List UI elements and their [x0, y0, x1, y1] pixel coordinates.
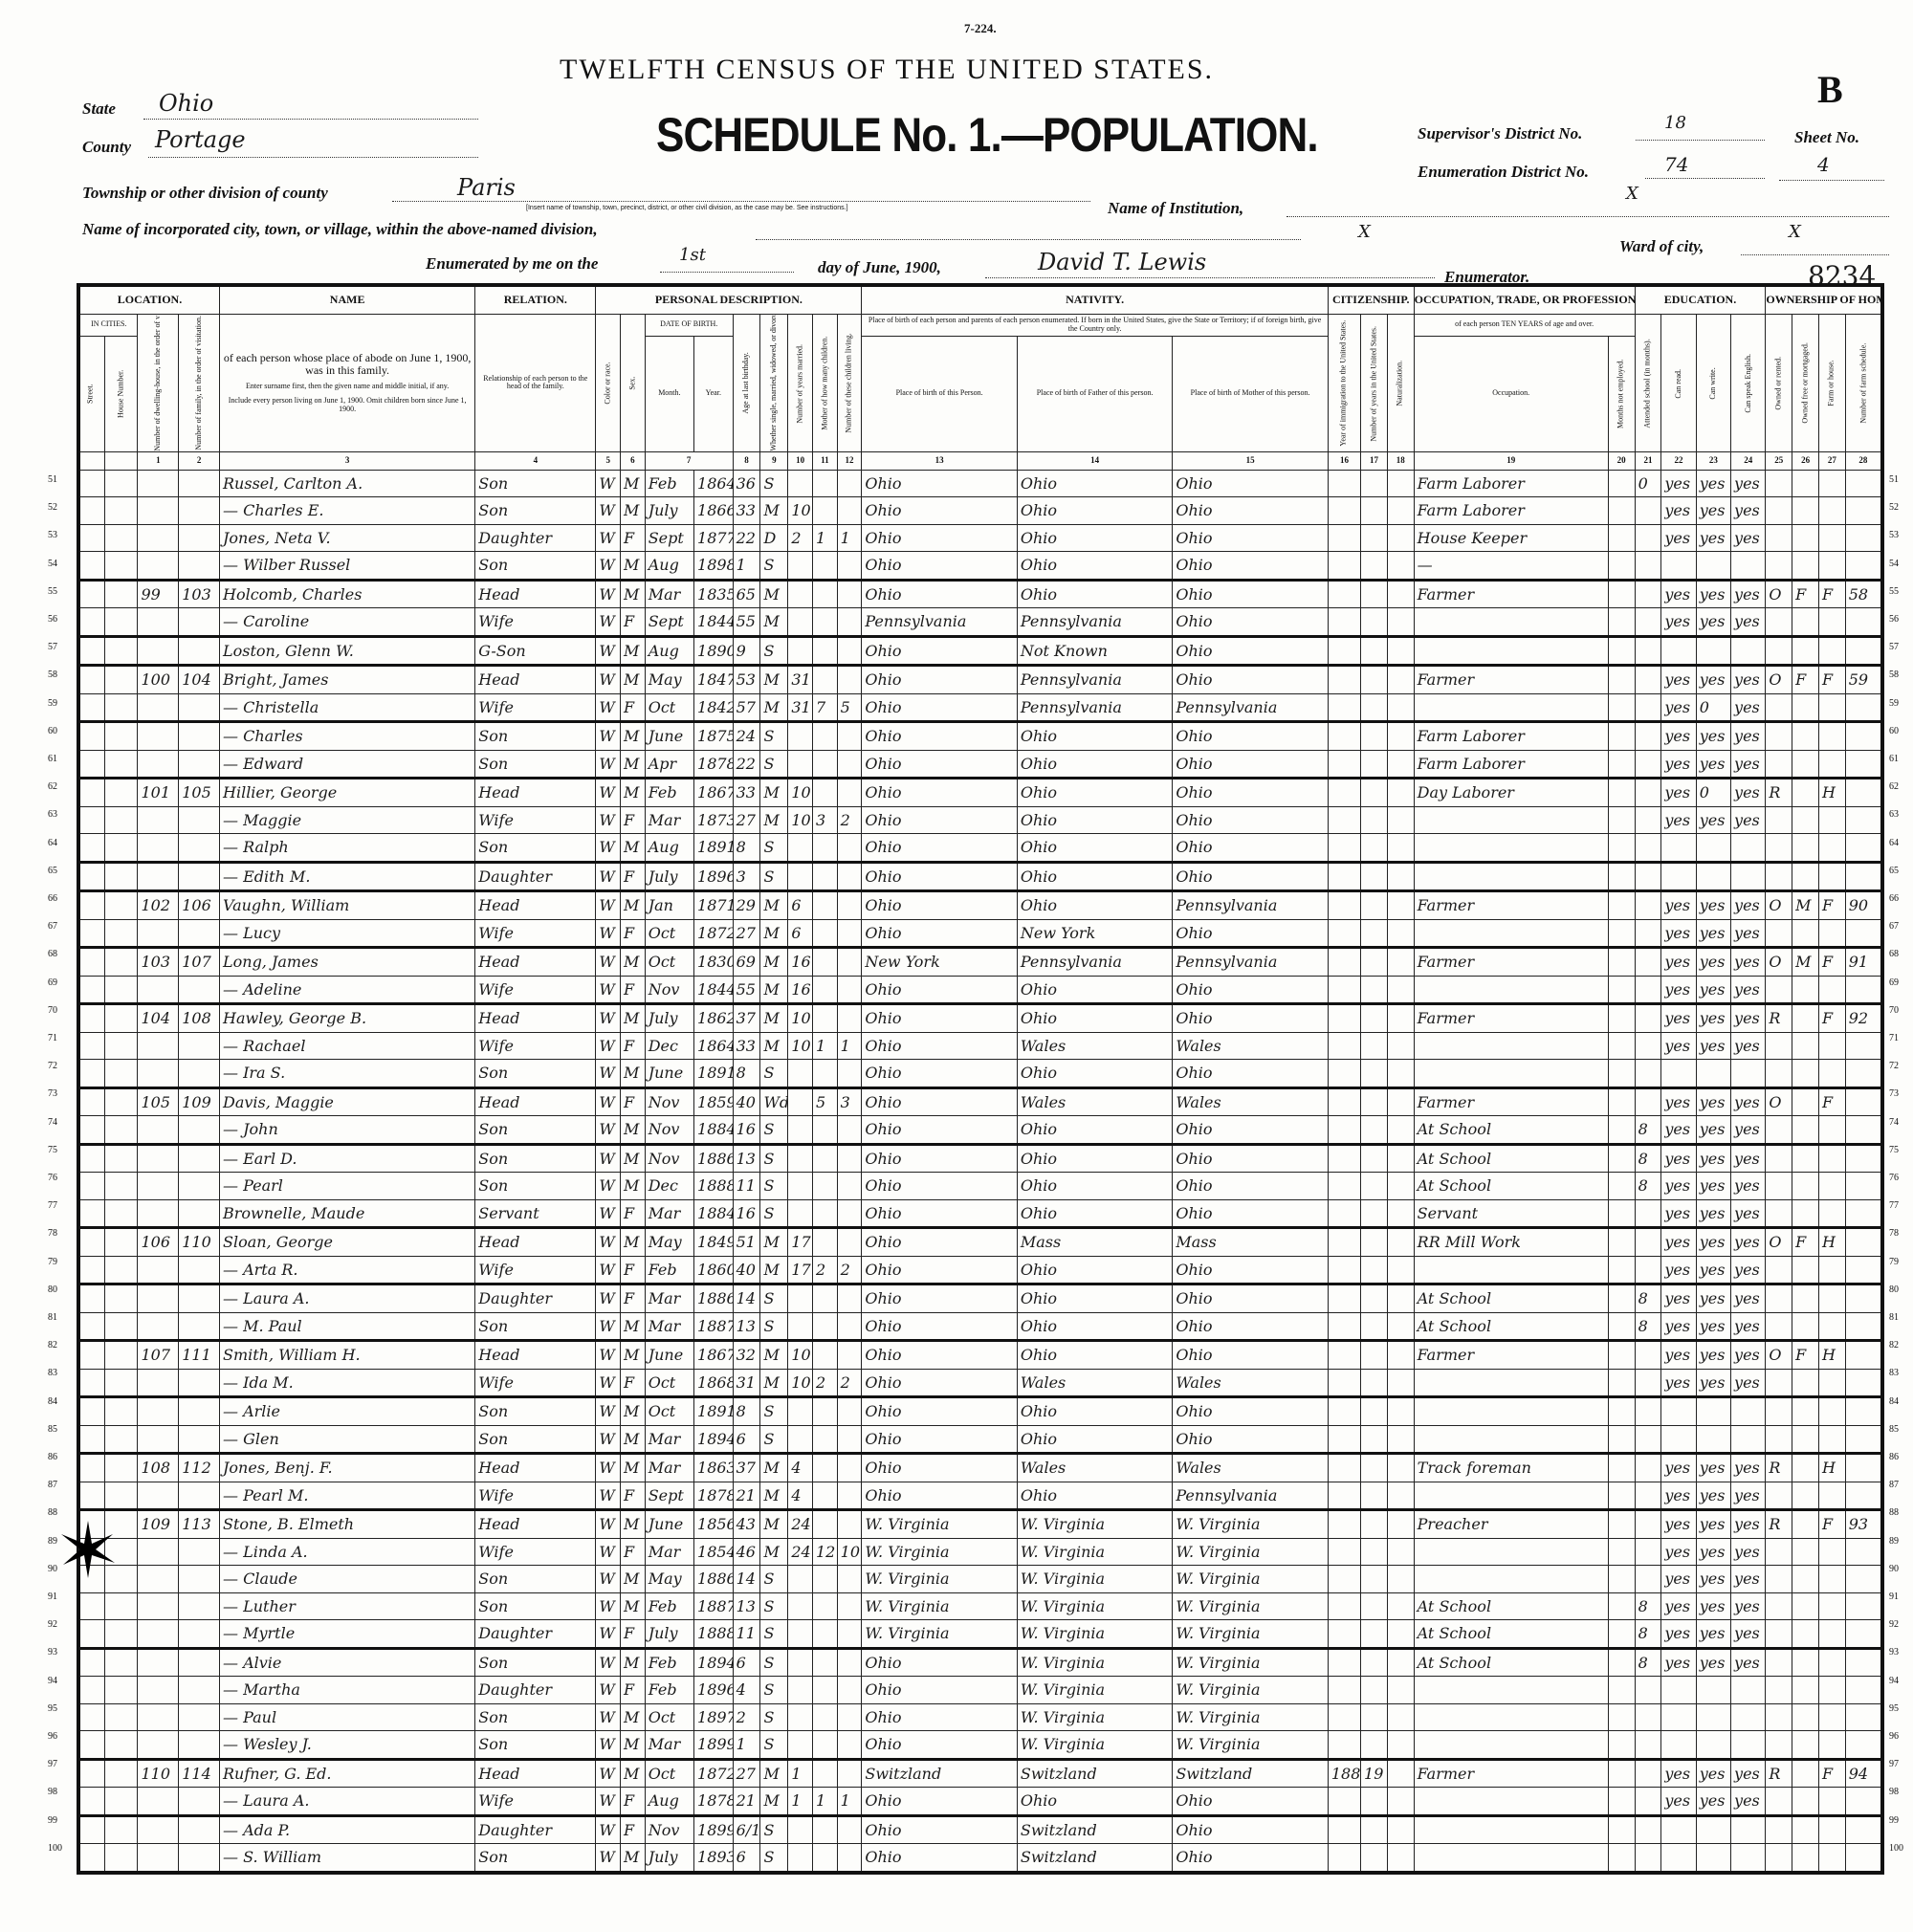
cell-own [1766, 1538, 1792, 1566]
cell-age: 6 [733, 1425, 760, 1454]
cell-month: Mar [645, 1284, 693, 1313]
cell-yi [1328, 1703, 1360, 1731]
cell-rd: yes [1661, 1648, 1696, 1677]
cell-sch: 8 [1635, 1312, 1661, 1341]
line-number: 55 [48, 586, 57, 597]
cell-mu [1608, 1592, 1635, 1620]
cell-rel: Wife [475, 806, 596, 834]
cell-fs [1845, 1731, 1882, 1760]
cell-fh: H [1818, 1228, 1845, 1257]
col-free-mortgaged: Owned free or mortgaged. [1792, 315, 1819, 452]
cell-year: 1867 [694, 779, 734, 807]
column-number: 11 [813, 451, 838, 470]
cell-own [1766, 693, 1792, 722]
cell-ym: 10 [788, 806, 813, 834]
cell-rd: yes [1661, 779, 1696, 807]
column-number-row: 1234567891011121314151617181920212223242… [78, 451, 1882, 470]
cell-occ: Farmer [1414, 580, 1608, 608]
cell-nat [1387, 1341, 1414, 1370]
line-number: 85 [48, 1424, 57, 1435]
cell-occ [1414, 834, 1608, 863]
cell-dw [138, 919, 179, 948]
cell-rel: Son [475, 1703, 596, 1731]
cell-name: — Luther [220, 1592, 475, 1620]
cell-mar: M [760, 891, 788, 920]
cell-moc [813, 608, 838, 637]
cell-empty [78, 1004, 105, 1033]
cell-mar: M [760, 1788, 788, 1816]
cell-bm: Switzland [1173, 1759, 1329, 1788]
cell-empty [78, 834, 105, 863]
cell-en: yes [1731, 1510, 1766, 1539]
cell-own: O [1766, 580, 1792, 608]
cell-wr [1696, 1425, 1730, 1454]
col-occupation: OCCUPATION, TRADE, OR PROFESSION [1414, 285, 1635, 315]
cell-fm [1792, 779, 1819, 807]
cell-sch [1635, 1256, 1661, 1284]
cell-fs [1845, 1677, 1882, 1704]
cell-empty [105, 919, 138, 948]
cell-bf: Ohio [1017, 779, 1172, 807]
cell-bf: Ohio [1017, 497, 1172, 525]
cell-yus [1361, 1815, 1388, 1844]
table-row: — Charles E.SonWMJuly186633M10OhioOhioOh… [78, 497, 1882, 525]
cell-sch [1635, 524, 1661, 552]
cell-own: O [1766, 1087, 1792, 1116]
cell-rel: Servant [475, 1199, 596, 1228]
cell-color: W [596, 1312, 621, 1341]
cell-yus [1361, 862, 1388, 891]
cell-dw [138, 834, 179, 863]
cell-yi [1328, 722, 1360, 751]
ward-line [1741, 254, 1889, 255]
cell-fam [179, 1703, 220, 1731]
cell-age: 46 [733, 1538, 760, 1566]
cell-age: 27 [733, 1759, 760, 1788]
cell-own: R [1766, 1004, 1792, 1033]
cell-nat [1387, 1620, 1414, 1649]
enumeration-label: Enumeration District No. [1418, 163, 1589, 182]
line-number: 72 [1889, 1061, 1899, 1071]
cell-empty [78, 1731, 105, 1760]
line-number: 64 [48, 838, 57, 848]
cell-mu [1608, 919, 1635, 948]
cell-sex: M [621, 636, 646, 666]
table-row: — ArlieSonWMOct18918SOhioOhioOhio [78, 1397, 1882, 1426]
cell-sex: M [621, 470, 646, 497]
cell-occ: At School [1414, 1620, 1608, 1649]
cell-month: Oct [645, 1703, 693, 1731]
cell-year: 1864 [694, 470, 734, 497]
cell-rel: Son [475, 1397, 596, 1426]
cell-bm: Ohio [1173, 1199, 1329, 1228]
line-number: 82 [1889, 1340, 1899, 1350]
cell-mar: M [760, 608, 788, 637]
cell-cl [837, 497, 862, 525]
cell-occ [1414, 1677, 1608, 1704]
cell-name: — Martha [220, 1677, 475, 1704]
cell-bp: Ohio [862, 1454, 1017, 1482]
cell-empty [105, 891, 138, 920]
cell-rel: Son [475, 470, 596, 497]
cell-mar: S [760, 1173, 788, 1200]
column-number: 18 [1387, 451, 1414, 470]
cell-empty [105, 1032, 138, 1060]
cell-sch [1635, 976, 1661, 1004]
cell-moc [813, 552, 838, 581]
cell-sex: M [621, 497, 646, 525]
cell-fm [1792, 1087, 1819, 1116]
cell-mar: S [760, 1648, 788, 1677]
cell-moc [813, 1815, 838, 1844]
column-number: 1 [138, 451, 179, 470]
cell-bf: Switzland [1017, 1759, 1172, 1788]
cell-nat [1387, 750, 1414, 779]
cell-nat [1387, 1087, 1414, 1116]
cell-wr: yes [1696, 1228, 1730, 1257]
cell-en: yes [1731, 1592, 1766, 1620]
cell-ym: 24 [788, 1538, 813, 1566]
cell-wr: yes [1696, 1256, 1730, 1284]
cell-bp: Pennsylvania [862, 608, 1017, 637]
enumerated-day-line [660, 272, 794, 273]
cell-rel: Head [475, 1004, 596, 1033]
cell-fm [1792, 919, 1819, 948]
cell-occ: Farm Laborer [1414, 750, 1608, 779]
cell-own [1766, 636, 1792, 666]
cell-fam [179, 1116, 220, 1145]
cell-sch [1635, 750, 1661, 779]
cell-moc [813, 1397, 838, 1426]
cell-fm [1792, 1844, 1819, 1873]
table-row: 110114Rufner, G. Ed.HeadWMOct187227M1Swi… [78, 1759, 1882, 1788]
cell-rd [1661, 1815, 1696, 1844]
cell-mu [1608, 1228, 1635, 1257]
cell-fm [1792, 1731, 1819, 1760]
cell-name: — Pearl [220, 1173, 475, 1200]
cell-empty [78, 1116, 105, 1145]
cell-yi [1328, 1592, 1360, 1620]
cell-month: Jan [645, 891, 693, 920]
cell-mu [1608, 1116, 1635, 1145]
cell-empty [105, 862, 138, 891]
cell-sch [1635, 693, 1661, 722]
cell-nat [1387, 1592, 1414, 1620]
cell-year: 1899 [694, 1731, 734, 1760]
cell-yi [1328, 948, 1360, 977]
line-number: 78 [1889, 1228, 1899, 1239]
cell-empty [105, 1369, 138, 1397]
cell-ym: 4 [788, 1482, 813, 1510]
cell-rd: yes [1661, 1173, 1696, 1200]
cell-mar: M [760, 1228, 788, 1257]
cell-sex: M [621, 1312, 646, 1341]
cell-en: yes [1731, 948, 1766, 977]
cell-dw [138, 1060, 179, 1088]
column-number: 10 [788, 451, 813, 470]
cell-yus [1361, 497, 1388, 525]
cell-empty [105, 1592, 138, 1620]
cell-yi [1328, 779, 1360, 807]
cell-sex: F [621, 1788, 646, 1816]
cell-empty [105, 1815, 138, 1844]
line-number: 81 [48, 1312, 57, 1323]
cell-yus [1361, 1454, 1388, 1482]
line-number: 58 [1889, 670, 1899, 680]
cell-bm: Pennsylvania [1173, 948, 1329, 977]
cell-fs [1845, 1341, 1882, 1370]
ward-value: X [1789, 222, 1801, 242]
cell-rel: Head [475, 1087, 596, 1116]
cell-mar: M [760, 1454, 788, 1482]
cell-fm [1792, 1256, 1819, 1284]
cell-empty [78, 1620, 105, 1649]
cell-bp: Ohio [862, 1731, 1017, 1760]
cell-cl [837, 552, 862, 581]
cell-nat [1387, 693, 1414, 722]
cell-en: yes [1731, 1788, 1766, 1816]
cell-fm: F [1792, 1341, 1819, 1370]
cell-bp: Ohio [862, 693, 1017, 722]
cell-bf: Wales [1017, 1369, 1172, 1397]
cell-fs [1845, 1173, 1882, 1200]
cell-month: Sept [645, 1482, 693, 1510]
cell-fh [1818, 552, 1845, 581]
cell-mar: M [760, 693, 788, 722]
cell-fs [1845, 1482, 1882, 1510]
cell-fs: 90 [1845, 891, 1882, 920]
cell-name: — Ira S. [220, 1060, 475, 1088]
cell-rd: yes [1661, 1482, 1696, 1510]
cell-cl [837, 1116, 862, 1145]
cell-sex: F [621, 1256, 646, 1284]
cell-mu [1608, 1788, 1635, 1816]
cell-yi [1328, 1731, 1360, 1760]
line-number: 53 [1889, 530, 1899, 540]
cell-own [1766, 1256, 1792, 1284]
cell-rd [1661, 1397, 1696, 1426]
cell-bm: Wales [1173, 1087, 1329, 1116]
cell-mar: M [760, 1482, 788, 1510]
cell-mu [1608, 1482, 1635, 1510]
line-number: 71 [48, 1033, 57, 1043]
cell-bp: New York [862, 948, 1017, 977]
cell-mar: M [760, 948, 788, 977]
cell-rel: Son [475, 1173, 596, 1200]
cell-fh [1818, 1397, 1845, 1426]
cell-rd: yes [1661, 1116, 1696, 1145]
table-row: — Wilber RusselSonWMAug18981SOhioOhioOhi… [78, 552, 1882, 581]
sheet-label: Sheet No. [1794, 128, 1859, 147]
cell-empty [78, 552, 105, 581]
cell-name: — Pearl M. [220, 1482, 475, 1510]
cell-age: 69 [733, 948, 760, 977]
table-row: 101105Hillier, GeorgeHeadWMFeb186733M10O… [78, 779, 1882, 807]
line-number: 92 [48, 1619, 57, 1630]
cell-occ [1414, 636, 1608, 666]
cell-mar: S [760, 1116, 788, 1145]
cell-ym [788, 1566, 813, 1593]
cell-ym [788, 1397, 813, 1426]
cell-name: — Maggie [220, 806, 475, 834]
cell-empty [105, 1228, 138, 1257]
line-number: 81 [1889, 1312, 1899, 1323]
cell-rel: Wife [475, 1369, 596, 1397]
table-row: 106110Sloan, GeorgeHeadWMMay184951M17Ohi… [78, 1228, 1882, 1257]
cell-rel: Son [475, 1648, 596, 1677]
cell-occ [1414, 1397, 1608, 1426]
cell-mu [1608, 891, 1635, 920]
cell-own: O [1766, 666, 1792, 694]
cell-empty [78, 1256, 105, 1284]
line-number: 70 [48, 1005, 57, 1016]
cell-moc: 1 [813, 524, 838, 552]
cell-en: yes [1731, 497, 1766, 525]
cell-cl: 5 [837, 693, 862, 722]
cell-color: W [596, 1032, 621, 1060]
cell-moc [813, 1620, 838, 1649]
cell-sex: F [621, 1482, 646, 1510]
cell-own [1766, 1620, 1792, 1649]
cell-year: 1847 [694, 666, 734, 694]
cell-moc [813, 948, 838, 977]
cell-empty [78, 976, 105, 1004]
cell-age: 11 [733, 1173, 760, 1200]
cell-cl [837, 470, 862, 497]
cell-ym: 4 [788, 1454, 813, 1482]
cell-en: yes [1731, 891, 1766, 920]
cell-mar: M [760, 1538, 788, 1566]
cell-month: Feb [645, 470, 693, 497]
table-row: — Laura A.WifeWFAug187821M111OhioOhioOhi… [78, 1788, 1882, 1816]
cell-age: 36 [733, 470, 760, 497]
cell-yi [1328, 1620, 1360, 1649]
line-number: 74 [1889, 1117, 1899, 1128]
cell-bp: Ohio [862, 1144, 1017, 1173]
line-number: 94 [1889, 1676, 1899, 1686]
line-number: 86 [48, 1452, 57, 1462]
cell-color: W [596, 722, 621, 751]
cell-nat [1387, 1397, 1414, 1426]
cell-rel: Wife [475, 919, 596, 948]
cell-nat [1387, 552, 1414, 581]
cell-empty [105, 834, 138, 863]
cell-color: W [596, 580, 621, 608]
column-number: 5 [596, 451, 621, 470]
cell-fs [1845, 1788, 1882, 1816]
cell-bm: Ohio [1173, 1815, 1329, 1844]
col-months-unemployed: Months not employed. [1608, 336, 1635, 451]
cell-color: W [596, 470, 621, 497]
cell-mar: M [760, 666, 788, 694]
cell-name: Holcomb, Charles [220, 580, 475, 608]
cell-dw [138, 1703, 179, 1731]
cell-fh: F [1818, 948, 1845, 977]
cell-bp: Ohio [862, 1173, 1017, 1200]
cell-en: yes [1731, 1228, 1766, 1257]
table-row: — S. WilliamSonWMJuly18936SOhioSwitzland… [78, 1844, 1882, 1873]
cell-dw [138, 1844, 179, 1873]
cell-own [1766, 1677, 1792, 1704]
cell-bm: Ohio [1173, 862, 1329, 891]
cell-own [1766, 806, 1792, 834]
supervisor-value: 18 [1664, 113, 1686, 133]
cell-yus: 19 [1361, 1759, 1388, 1788]
cell-sch [1635, 1425, 1661, 1454]
line-number: 89 [48, 1536, 57, 1547]
cell-nat [1387, 1815, 1414, 1844]
cell-name: Russel, Carlton A. [220, 470, 475, 497]
cell-fh: H [1818, 1454, 1845, 1482]
cell-month: Nov [645, 1815, 693, 1844]
cell-month: Mar [645, 806, 693, 834]
cell-dw [138, 524, 179, 552]
cell-mar: S [760, 1425, 788, 1454]
cell-fs [1845, 806, 1882, 834]
cell-yi [1328, 976, 1360, 1004]
cell-fs [1845, 919, 1882, 948]
cell-fh [1818, 919, 1845, 948]
cell-sex: M [621, 580, 646, 608]
cell-color: W [596, 1482, 621, 1510]
cell-sex: F [621, 608, 646, 637]
cell-nat [1387, 1284, 1414, 1313]
line-number: 89 [1889, 1536, 1899, 1547]
line-number: 84 [48, 1396, 57, 1407]
cell-fm [1792, 976, 1819, 1004]
cell-cl [837, 1815, 862, 1844]
cell-fm [1792, 1788, 1819, 1816]
cell-bm: Ohio [1173, 1788, 1329, 1816]
cell-moc: 5 [813, 1087, 838, 1116]
cell-en: yes [1731, 1087, 1766, 1116]
cell-dw [138, 1677, 179, 1704]
cell-rd [1661, 1060, 1696, 1088]
cell-moc [813, 470, 838, 497]
line-number: 83 [48, 1368, 57, 1378]
cell-wr: yes [1696, 976, 1730, 1004]
cell-name: Brownelle, Maude [220, 1199, 475, 1228]
cell-bp: Ohio [862, 1648, 1017, 1677]
cell-en: yes [1731, 919, 1766, 948]
cell-fm [1792, 750, 1819, 779]
cell-rel: Wife [475, 1538, 596, 1566]
cell-fam [179, 1482, 220, 1510]
cell-empty [78, 1284, 105, 1313]
cell-dw: 105 [138, 1087, 179, 1116]
line-number: 58 [48, 670, 57, 680]
cell-fs [1845, 552, 1882, 581]
cell-wr: yes [1696, 919, 1730, 948]
cell-ym [788, 1703, 813, 1731]
cell-month: July [645, 497, 693, 525]
cell-moc [813, 834, 838, 863]
cell-nat [1387, 497, 1414, 525]
cell-fs [1845, 636, 1882, 666]
cell-en: yes [1731, 722, 1766, 751]
cell-own [1766, 552, 1792, 581]
cell-empty [78, 497, 105, 525]
cell-sch: 8 [1635, 1173, 1661, 1200]
cell-rd [1661, 636, 1696, 666]
cell-year: 1887 [694, 1592, 734, 1620]
cell-sex: F [621, 1087, 646, 1116]
cell-empty [105, 1425, 138, 1454]
cell-sex: F [621, 693, 646, 722]
cell-nat [1387, 976, 1414, 1004]
township-label: Township or other division of county [82, 184, 328, 203]
line-number: 79 [48, 1257, 57, 1267]
